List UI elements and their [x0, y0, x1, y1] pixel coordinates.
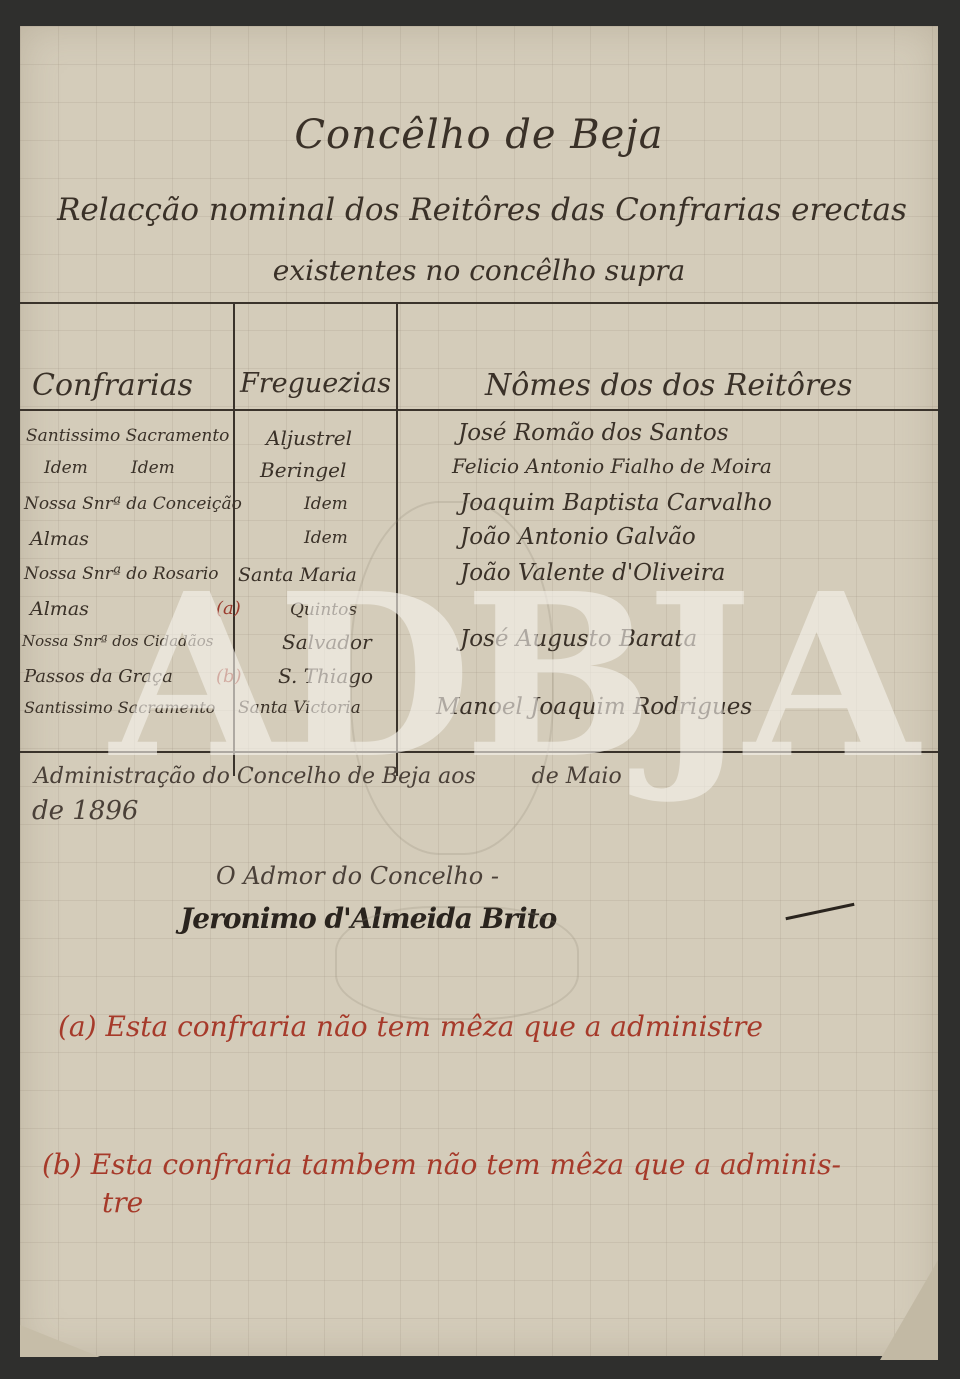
- cell-confraria: Nossa Snrª da Conceição: [24, 494, 242, 514]
- document-title: Concêlho de Beja: [20, 112, 938, 158]
- cell-confraria: Almas: [30, 528, 89, 550]
- document-page: Concêlho de Beja Relacção nominal dos Re…: [20, 26, 938, 1356]
- cell-confraria: Nossa Snrª dos Cidadãos: [22, 632, 213, 650]
- cell-reitor: Felicio Antonio Fialho de Moira: [452, 454, 772, 478]
- document-subtitle: Relacção nominal dos Reitôres das Confra…: [32, 192, 932, 228]
- header-confrarias: Confrarias: [32, 368, 193, 403]
- signatory-title: O Admor do Concelho -: [216, 862, 499, 890]
- header-nomes-reitores: Nômes dos dos Reitôres: [485, 368, 852, 403]
- footnote-a-mark: (a): [58, 1010, 97, 1043]
- footnote-reference-b: (b): [216, 666, 242, 687]
- cell-confraria: Almas: [30, 598, 89, 620]
- cell-confraria: Santissimo Sacramento: [26, 426, 229, 446]
- footnote-b-continuation: tre: [102, 1186, 143, 1219]
- closing-year: de 1896: [32, 796, 138, 826]
- archive-stamp-outline: [335, 906, 579, 1020]
- cell-freguezia: Idem: [304, 494, 348, 514]
- document-subtitle-continuation: existentes no concêlho supra: [20, 254, 938, 287]
- cell-reitor: Joaquim Baptista Carvalho: [460, 490, 772, 516]
- cell-confraria: Santissimo Sacramento: [24, 698, 215, 717]
- cell-freguezia: Aljustrel: [266, 426, 352, 450]
- column-divider: [233, 302, 235, 776]
- cell-freguezia: Santa Victoria: [238, 698, 361, 718]
- table-top-rule: [20, 302, 938, 304]
- header-freguezias: Freguezias: [240, 368, 391, 399]
- cell-confraria: Passos da Graça: [24, 666, 173, 687]
- cell-freguezia: Quintos: [290, 600, 357, 620]
- cell-confraria: Nossa Snrª do Rosario: [24, 564, 219, 584]
- cell-freguezia: Beringel: [260, 458, 346, 482]
- folded-corner: [880, 1260, 938, 1360]
- footnote-b-mark: (b): [42, 1148, 82, 1181]
- cell-reitor: José Romão dos Santos: [458, 420, 729, 446]
- cell-confraria: Idem Idem: [44, 458, 175, 478]
- archive-stamp-outline: [350, 501, 554, 855]
- footnote-b: (b) Esta confraria tambem não tem mêza q…: [42, 1148, 841, 1181]
- footnote-b-text: Esta confraria tambem não tem mêza que a…: [91, 1148, 841, 1181]
- cell-freguezia: Idem: [304, 528, 348, 548]
- folded-corner: [20, 1325, 100, 1357]
- table-header-rule: [20, 409, 938, 411]
- footnote-reference-a: (a): [216, 598, 241, 619]
- cell-freguezia: Santa Maria: [238, 564, 357, 586]
